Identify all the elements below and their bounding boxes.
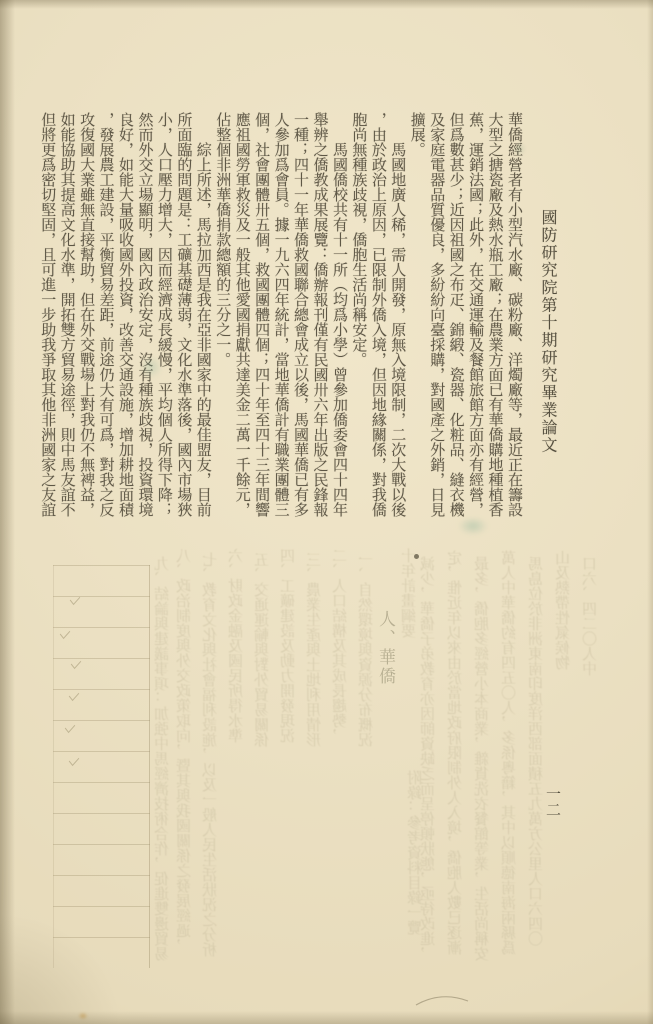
text-column: 蕉，運銷法國；此外，在交通運輸及餐館旅館方面亦有經營， xyxy=(466,112,483,517)
page-number: 一二 xyxy=(543,786,561,818)
bleedthrough-column: 萬人中華僑約有四五〇人，多係粵籍，其中以順德南海兩縣爲 xyxy=(502,550,518,955)
bleedthrough-column: 十年計畫綱要 xyxy=(402,548,418,638)
text-column: 應祖國勞軍救災及一般其他愛國捐獻共達美金二萬一千餘元， xyxy=(233,112,250,517)
bleedthrough-column: 五、交通運輸與對外貿易關係 xyxy=(255,552,271,747)
text-column: 人參加爲會員。據一九六四年統計，當地華僑計有職業團體三 xyxy=(272,112,289,517)
text-column: 擴展。 xyxy=(408,112,425,157)
text-column: 大型之搪瓷廠及熱水瓶工廠；在農業方面已有華僑購地種植香 xyxy=(486,112,503,517)
bleedthrough-column: 七、教育文化與社會福利設施，以及一般人民生活狀況之分析 xyxy=(203,552,219,957)
text-column: 攻復國大業雖無直接幫助，但在外交戰場上對我仍不無裨益， xyxy=(77,112,94,517)
text-column: 小，人口壓力增大，因而經濟成長緩慢，平均個人所得下降； xyxy=(155,112,172,517)
bleedthrough-column: 四、工礦建設及動力開發現況 xyxy=(281,548,297,743)
offset-ink-fragment: 人、華僑 xyxy=(376,610,394,686)
text-column: 舉辨之僑教成果展覽：僑辦報刊僅有民國卅六年出版之民鋒報 xyxy=(311,112,328,517)
text-column: 但爲數甚少；近因祖國之布疋、錦緞、瓷器、化粧品、縫衣機 xyxy=(447,112,464,517)
paper-edge-top xyxy=(0,0,653,9)
teal-stain xyxy=(458,517,488,535)
bleedthrough-column: 一、自然環境與資源分布概況 xyxy=(359,552,375,747)
bleedthrough-column: 口六、四二〇人中 xyxy=(583,556,599,676)
text-column: 華僑經營者有小型汽水廠、碳粉廠、洋燭廠等，最近正在籌設 xyxy=(505,112,522,517)
text-column: 然而外交立場顯明，國內政治安定，沒有種族歧視，投資環境 xyxy=(135,112,152,517)
text-column: 但將更爲密切堅固，且可進一步助我爭取其他非洲國家之友誼 xyxy=(38,112,55,517)
text-column: 綜上所述，馬拉加西是我在亞非國家中的最佳盟友，目前 xyxy=(194,142,211,517)
text-column: 馬國僑校共有十一所（均爲小學）曾參加僑委會四十四年 xyxy=(330,142,347,517)
text-column: 馬國地廣人稀，需人開發，原無入境限制，二次大戰以後 xyxy=(388,142,405,517)
text-column: 良好，如能大量吸收國外投資，改善交通設施，增加耕地面積 xyxy=(116,112,133,517)
text-column: 所面臨的問題是：工礦基礎薄弱，文化水準落後，國內市場狹 xyxy=(174,112,191,517)
bleedthrough-column: 九、結論與建議事項：加強中馬經濟技術合作，促進雙邊貿易 xyxy=(155,556,171,961)
bleedthrough-column: 最多，僑胞多經營小本商業，雜貨洗衣餐館等業，生活尚稱安 xyxy=(475,556,491,961)
scanned-page: 口六、四二〇人中山及熱帶性氣候物馬島位於非洲東南印度洋西部面積五九萬方公里人口六… xyxy=(0,0,653,1024)
text-column: 佔整個非洲華僑捐款總額的三分之一。 xyxy=(213,112,230,367)
bleedthrough-column: 馬島位於非洲東南印度洋西部面積五九萬方公里人口六四〇 xyxy=(529,556,545,946)
pen-mark xyxy=(412,990,472,1012)
bleedthrough-column: 附錄：參考資料目錄一覽 xyxy=(408,770,424,935)
text-column: 及家庭電器品質優良，多紛紛向臺採購，對國產之外銷，日見 xyxy=(427,112,444,517)
orange-stain xyxy=(78,1012,88,1020)
paper-edge-bottom xyxy=(0,1011,653,1024)
bleedthrough-column: 山及熱帶性氣候物 xyxy=(556,550,572,670)
bleedthrough-column: 二、人口結構及其成長趨勢， xyxy=(333,548,349,743)
paper-edge-left xyxy=(0,0,15,1024)
header-title: 國防研究院第十期研究畢業論文 xyxy=(538,209,557,454)
text-column: 胞尚無種族歧視，僑胞生活尚稱安定。 xyxy=(349,112,366,367)
text-column: ，發展農工建設，平衡貿易差距，前途仍大有可爲，對我之反 xyxy=(97,112,114,517)
bleedthrough-column: 八、政治制度與外交政策取向，暨其與我國關係之發展經過， xyxy=(177,548,193,953)
bleedthrough-column: 定，惟近年以來由於當地政府限制外人入境，僑胞人數已逐漸 xyxy=(448,550,464,955)
text-column: 一種；四十一年華僑救國聯合總會成立以後，馬國華僑已有多 xyxy=(291,112,308,517)
text-column: ，由於政治上原因，已限制外僑入境，但因地緣關係，對我僑 xyxy=(369,112,386,517)
bleedthrough-table-grid xyxy=(53,565,150,968)
text-column: 個，社會團體卅五個，救國團體四個；四十年至四十三年間響 xyxy=(252,112,269,517)
bleedthrough-column: 六、財政金融及國民所得水準 xyxy=(229,548,245,743)
text-column: 如能協助其提高文化水準，開拓雙方貿易途徑，則中馬友誼不 xyxy=(58,112,75,517)
bleedthrough-column: 三、農業生產與土地利用情形 xyxy=(307,552,323,747)
paper-edge-right xyxy=(647,0,653,1024)
